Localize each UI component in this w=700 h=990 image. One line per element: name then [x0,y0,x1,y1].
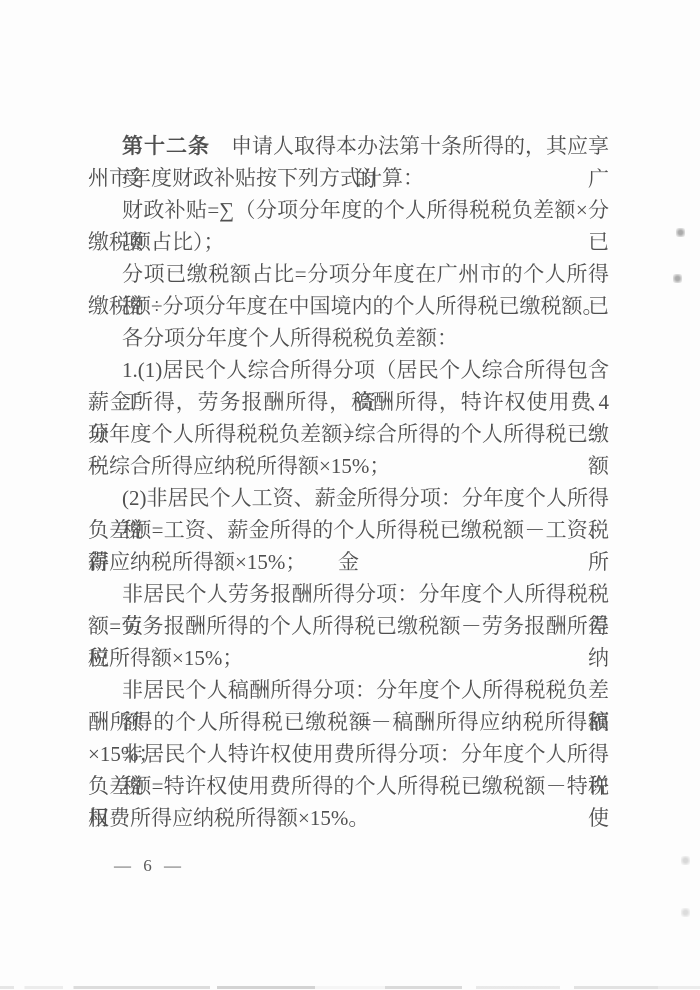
text-line: (2)非居民个人工资、薪金所得分项：分年度个人所得税税 [88,482,609,514]
text-line: 分项已缴税额占比=分项分年度在广州市的个人所得税已 [88,258,609,290]
document-body: 第十二条 申请人取得本办法第十条所得的，其应享受的广州市年度财政补贴按下列方式计… [88,130,609,834]
text-line: 财政补贴=∑（分项分年度的个人所得税税负差额×分项已 [88,194,609,226]
text-line: 1.(1)居民个人综合所得分项（居民个人综合所得包含工资、 [88,354,609,386]
text-line: 酬所得的个人所得税已缴税额－稿酬所得应纳税所得额×15%； [88,706,609,738]
text-line: 第十二条 申请人取得本办法第十条所得的，其应享受的广 [88,130,609,162]
text-line: 缴税额÷分项分年度在中国境内的个人所得税已缴税额。 [88,290,609,322]
text-line: 非居民个人劳务报酬所得分项：分年度个人所得税税负差 [88,578,609,610]
document-page: 第十二条 申请人取得本办法第十条所得的，其应享受的广州市年度财政补贴按下列方式计… [0,0,700,990]
text-line: 薪金所得，劳务报酬所得，稿酬所得，特许权使用费 4 项）： [88,386,609,418]
text-line: 非居民个人稿酬所得分项：分年度个人所得税税负差额=稿 [88,674,609,706]
scan-speck-artifact [676,228,685,237]
scan-speck-artifact [681,856,690,865]
scan-speck-artifact [673,274,682,283]
text-line: 分年度个人所得税税负差额=综合所得的个人所得税已缴税额 [88,418,609,450]
text-line: 负差额=工资、薪金所得的个人所得税已缴税额－工资、薪金所 [88,514,609,546]
text-line: 各分项分年度个人所得税税负差额： [88,322,609,354]
scan-speck-artifact [681,908,690,917]
text-line: 额=劳务报酬所得的个人所得税已缴税额－劳务报酬所得应纳 [88,610,609,642]
scan-edge-artifact [0,986,700,989]
text-line: 非居民个人特许权使用费所得分项：分年度个人所得税税 [88,738,609,770]
text-line: 负差额=特许权使用费所得的个人所得税已缴税额－特许权使 [88,770,609,802]
page-number: — 6 — [114,856,182,876]
article-number: 第十二条 [122,135,210,158]
